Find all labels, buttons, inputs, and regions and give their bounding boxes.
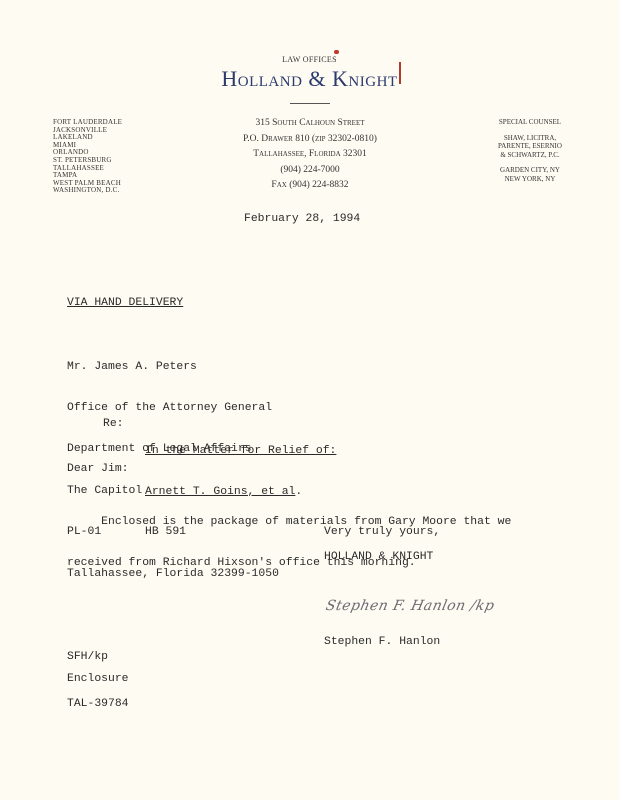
office-location: WASHINGTON, D.C. — [53, 187, 122, 195]
counsel-location: GARDEN CITY, NY — [470, 166, 590, 175]
counsel-location: NEW YORK, NY — [470, 175, 590, 184]
typist-initials: SFH/kp — [67, 651, 108, 663]
letter-page: LAW OFFICES Holland & Knight FORT LAUDER… — [0, 0, 619, 800]
address-city: Tallahassee, Florida 32301 — [220, 147, 400, 163]
body-line: Enclosed is the package of materials fro… — [67, 516, 511, 530]
law-offices-label: LAW OFFICES — [0, 55, 619, 64]
body-line: received from Richard Hixson's office th… — [67, 557, 511, 571]
office-locations-list: FORT LAUDERDALE JACKSONVILLE LAKELAND MI… — [53, 119, 122, 195]
salutation: Dear Jim: — [67, 463, 129, 475]
letter-body: Enclosed is the package of materials fro… — [67, 489, 511, 597]
address-street: 315 South Calhoun Street — [220, 116, 400, 132]
enclosure-note: Enclosure — [67, 673, 129, 685]
counsel-firm-line: SHAW, LICITRA, — [470, 134, 590, 143]
counsel-firm-line: & SCHWARTZ, P.C. — [470, 151, 590, 160]
special-counsel-block: SPECIAL COUNSEL SHAW, LICITRA, PARENTE, … — [470, 118, 590, 183]
closing: Very truly yours, — [324, 526, 440, 538]
subject-line-1: In the Matter for Relief of: — [145, 445, 336, 457]
handwritten-signature: Stephen F. Hanlon /kp — [324, 598, 496, 614]
letterhead-divider — [290, 103, 330, 104]
reference-number: TAL-39784 — [67, 698, 129, 710]
special-counsel-heading: SPECIAL COUNSEL — [470, 118, 590, 127]
firm-signature: HOLLAND & KNIGHT — [324, 551, 433, 563]
address-po-box: P.O. Drawer 810 (zip 32302-0810) — [220, 132, 400, 148]
letter-date: February 28, 1994 — [244, 213, 360, 225]
firm-address-block: 315 South Calhoun Street P.O. Drawer 810… — [220, 116, 400, 194]
delivery-method: VIA HAND DELIVERY — [67, 297, 183, 309]
re-label: Re: — [103, 418, 124, 430]
red-ink-mark — [334, 50, 339, 54]
signer-name: Stephen F. Hanlon — [324, 636, 440, 648]
recipient-line: Office of the Attorney General — [67, 402, 279, 416]
counsel-firm-line: PARENTE, ESERNIO — [470, 142, 590, 151]
firm-name-heading: Holland & Knight — [0, 66, 619, 92]
recipient-line: Mr. James A. Peters — [67, 361, 279, 375]
address-fax: Fax (904) 224-8832 — [220, 178, 400, 194]
address-phone: (904) 224-7000 — [220, 163, 400, 179]
